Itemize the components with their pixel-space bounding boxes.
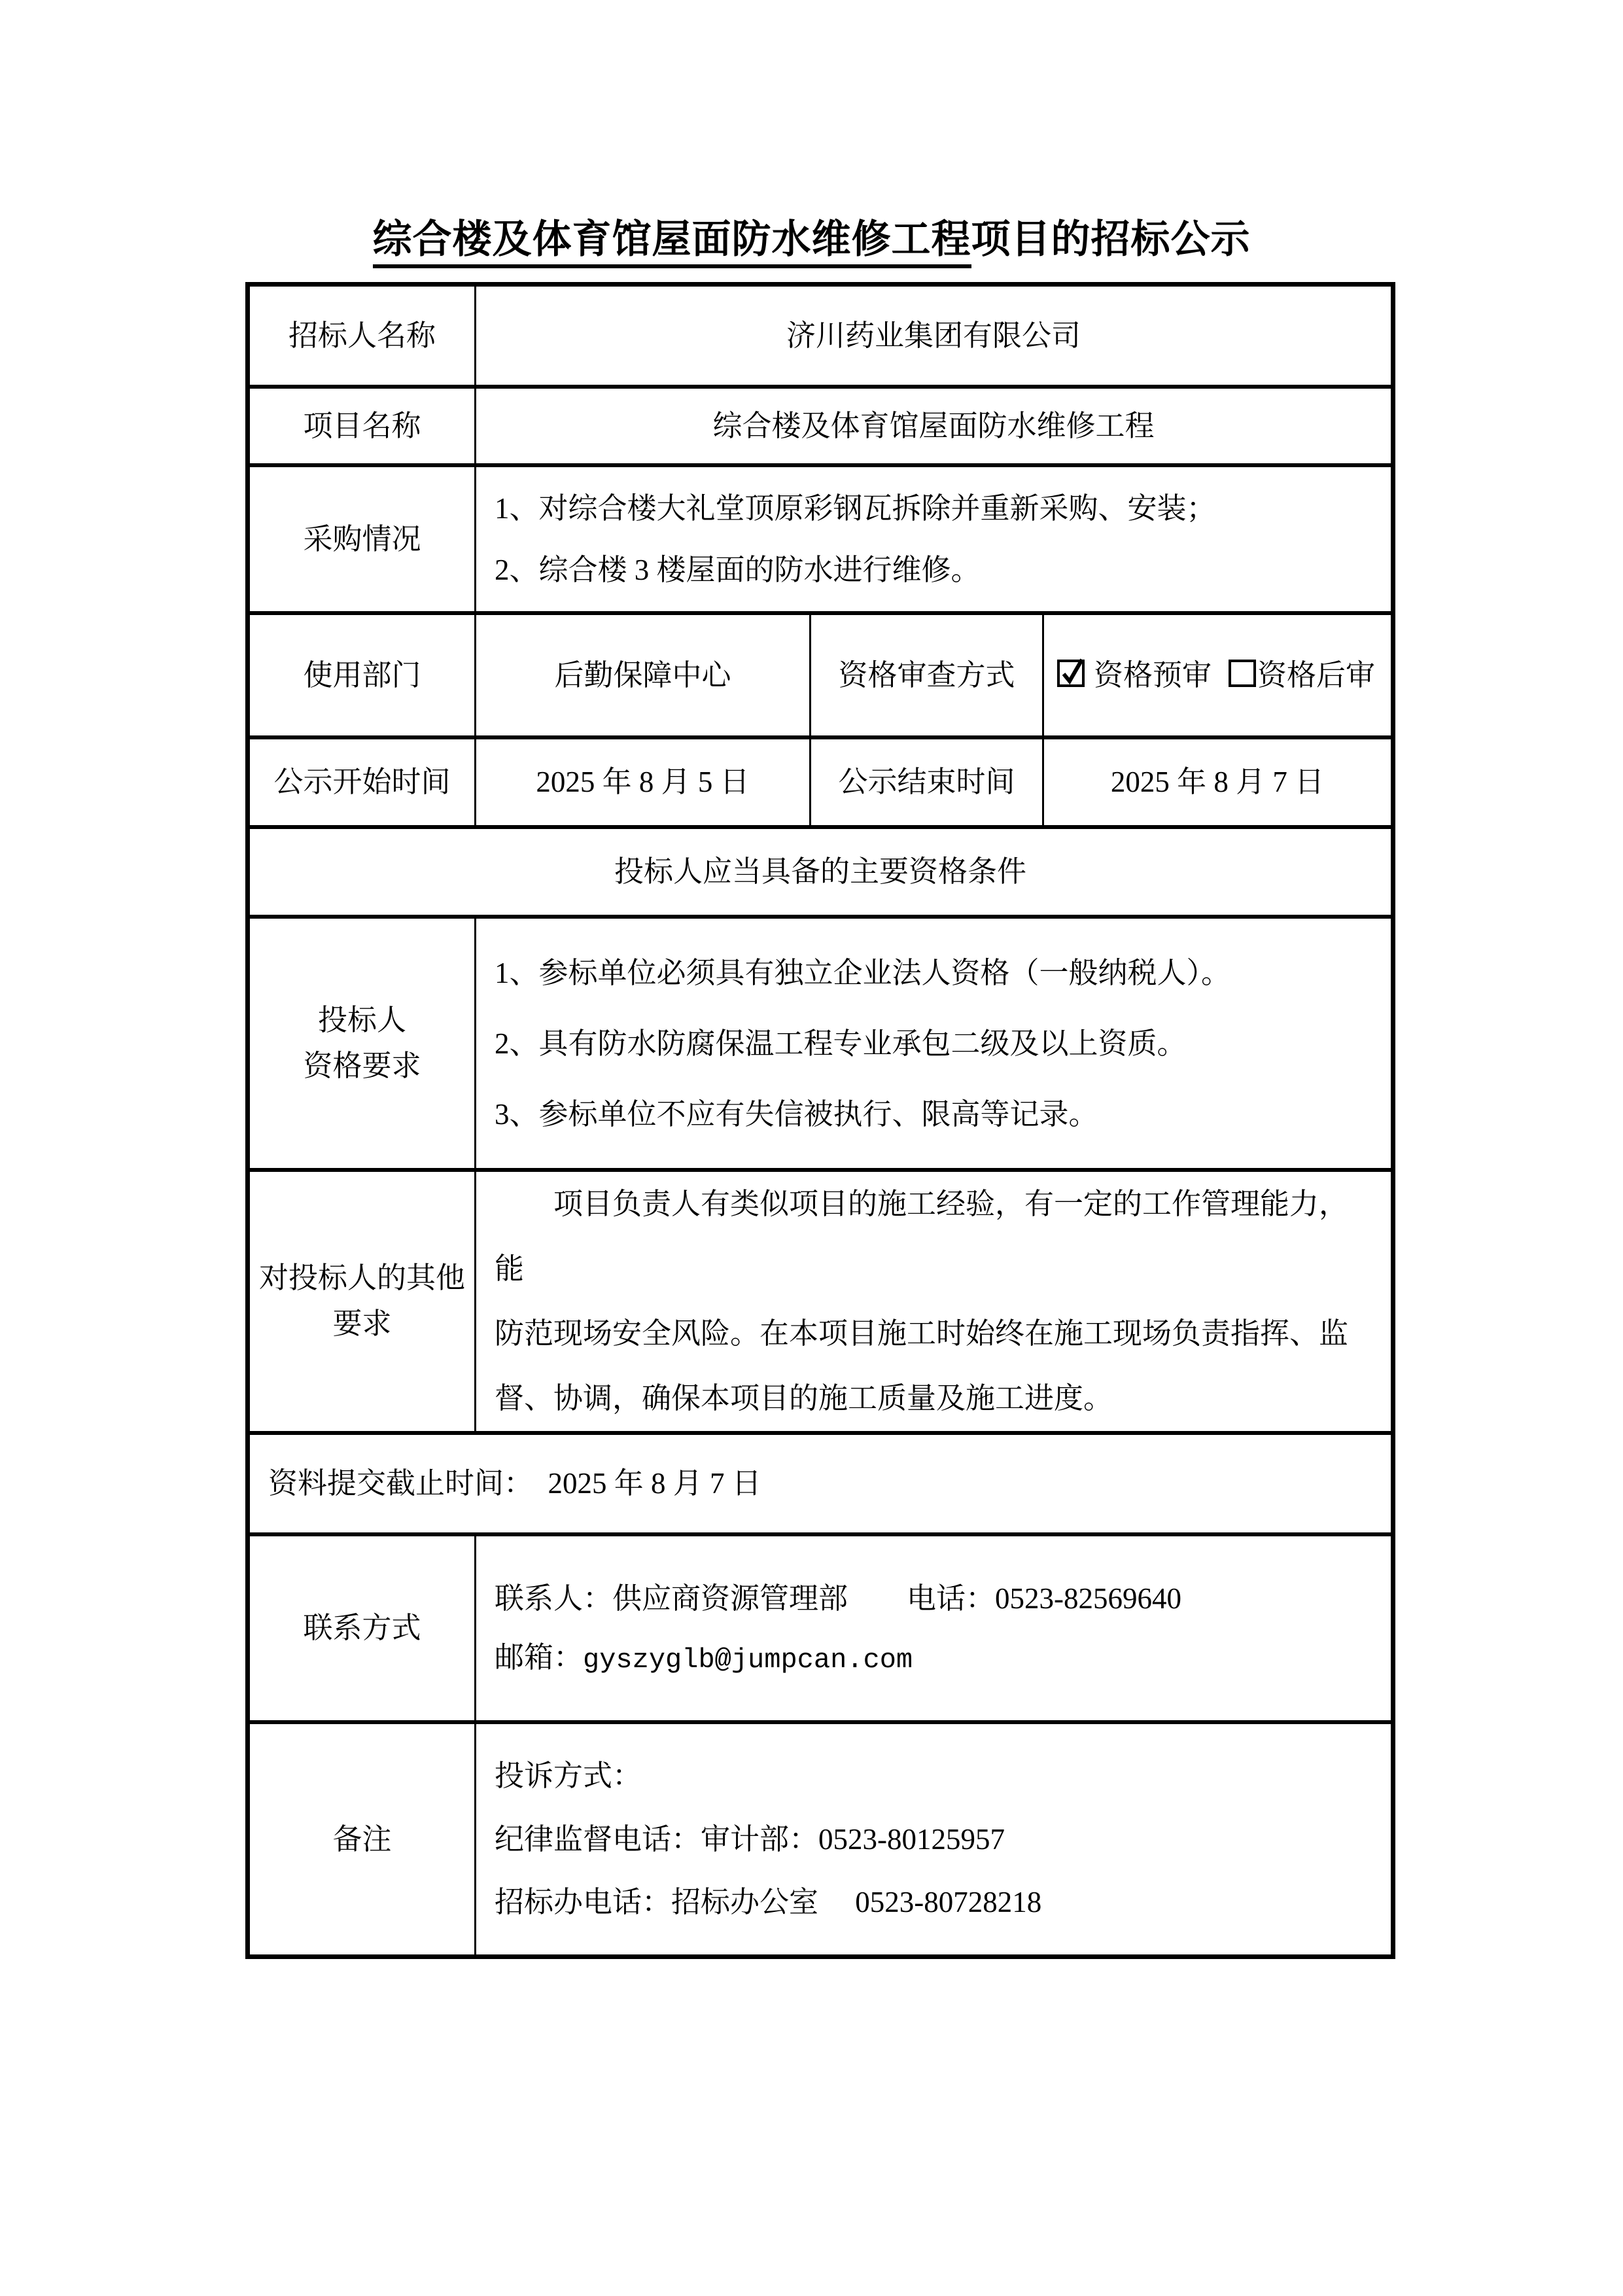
other-requirements-label: 对投标人的其他 要求	[248, 1170, 476, 1433]
bidder-qualification-line-2: 2、具有防水防腐保温工程专业承包二级及以上资质。	[495, 1008, 1376, 1079]
remarks-label: 备注	[248, 1722, 476, 1957]
qualification-section-header: 投标人应当具备的主要资格条件	[248, 827, 1393, 917]
using-department-label: 使用部门	[248, 613, 476, 737]
document-page: 综合楼及体育馆屋面防水维修工程项目的招标公示 招标人名称 济川药业集团有限公司 …	[0, 0, 1623, 2296]
project-name-value: 综合楼及体育馆屋面防水维修工程	[476, 387, 1393, 465]
bidder-qualification-label-line-2: 资格要求	[250, 1044, 474, 1089]
procurement-label: 采购情况	[248, 465, 476, 613]
title-rest-text: 项目的招标公示	[971, 218, 1251, 261]
row-submission-deadline: 资料提交截止时间： 2025 年 8 月 7 日	[248, 1433, 1393, 1534]
bidder-name-value: 济川药业集团有限公司	[476, 285, 1393, 387]
other-requirements-line-2: 防范现场安全风险。在本项目施工时始终在施工现场负责指挥、监	[495, 1301, 1376, 1366]
checkbox-checked-icon	[1057, 660, 1085, 687]
title-underlined-text: 综合楼及体育馆屋面防水维修工程	[373, 218, 971, 268]
contact-label: 联系方式	[248, 1534, 476, 1722]
row-remarks: 备注 投诉方式： 纪律监督电话：审计部：0523-80125957 招标办电话：…	[248, 1722, 1393, 1957]
project-name-label: 项目名称	[248, 387, 476, 465]
row-project-name: 项目名称 综合楼及体育馆屋面防水维修工程	[248, 387, 1393, 465]
using-department-value: 后勤保障中心	[476, 613, 811, 737]
row-procurement: 采购情况 1、对综合楼大礼堂顶原彩钢瓦拆除并重新采购、安装； 2、综合楼 3 楼…	[248, 465, 1393, 613]
check-icon	[1060, 654, 1084, 686]
publicity-start-value: 2025 年 8 月 5 日	[476, 737, 811, 827]
checkbox-unchecked-icon	[1229, 660, 1256, 687]
procurement-line-1: 1、对综合楼大礼堂顶原彩钢瓦拆除并重新采购、安装；	[495, 478, 1376, 540]
announcement-table: 招标人名称 济川药业集团有限公司 项目名称 综合楼及体育馆屋面防水维修工程 采购…	[245, 282, 1395, 1959]
option-post-review-label: 资格后审	[1257, 659, 1375, 692]
row-publicity-dates: 公示开始时间 2025 年 8 月 5 日 公示结束时间 2025 年 8 月 …	[248, 737, 1393, 827]
remarks-line-2: 纪律监督电话：审计部：0523-80125957	[495, 1808, 1376, 1871]
contact-email-label: 邮箱：	[495, 1641, 583, 1674]
submission-deadline-line: 资料提交截止时间： 2025 年 8 月 7 日	[268, 1464, 1376, 1503]
other-requirements-value: 项目负责人有类似项目的施工经验，有一定的工作管理能力，能 防范现场安全风险。在本…	[476, 1170, 1393, 1433]
other-requirements-label-line-2: 要求	[250, 1301, 474, 1347]
bidder-qualification-label: 投标人 资格要求	[248, 917, 476, 1170]
procurement-line-2: 2、综合楼 3 楼屋面的防水进行维修。	[495, 539, 1376, 601]
publicity-end-value: 2025 年 8 月 7 日	[1043, 737, 1393, 827]
remarks-line-1: 投诉方式：	[495, 1744, 1376, 1808]
row-bidder-qualification: 投标人 资格要求 1、参标单位必须具有独立企业法人资格（一般纳税人）。 2、具有…	[248, 917, 1393, 1170]
bidder-name-label: 招标人名称	[248, 285, 476, 387]
other-requirements-line-3: 督、协调，确保本项目的施工质量及施工进度。	[495, 1366, 1376, 1431]
publicity-start-label: 公示开始时间	[248, 737, 476, 827]
qualification-review-options: 资格预审资格后审	[1043, 613, 1393, 737]
contact-line-1: 联系人：供应商资源管理部 电话：0523-82569640	[495, 1569, 1376, 1628]
contact-line-2: 邮箱：gyszyglb@jumpcan.com	[495, 1628, 1376, 1687]
remarks-value: 投诉方式： 纪律监督电话：审计部：0523-80125957 招标办电话：招标办…	[476, 1722, 1393, 1957]
remarks-line-3: 招标办电话：招标办公室 0523-80728218	[495, 1871, 1376, 1934]
row-bidder-name: 招标人名称 济川药业集团有限公司	[248, 285, 1393, 387]
qualification-review-label: 资格审查方式	[811, 613, 1043, 737]
option-pre-review-label: 资格预审	[1094, 659, 1212, 692]
row-other-requirements: 对投标人的其他 要求 项目负责人有类似项目的施工经验，有一定的工作管理能力，能 …	[248, 1170, 1393, 1433]
procurement-value: 1、对综合楼大礼堂顶原彩钢瓦拆除并重新采购、安装； 2、综合楼 3 楼屋面的防水…	[476, 465, 1393, 613]
bidder-qualification-line-1: 1、参标单位必须具有独立企业法人资格（一般纳税人）。	[495, 938, 1376, 1008]
submission-deadline-text: 资料提交截止时间： 2025 年 8 月 7 日	[248, 1433, 1393, 1534]
row-contact: 联系方式 联系人：供应商资源管理部 电话：0523-82569640 邮箱：gy…	[248, 1534, 1393, 1722]
other-requirements-line-1: 项目负责人有类似项目的施工经验，有一定的工作管理能力，能	[495, 1172, 1376, 1301]
page-title: 综合楼及体育馆屋面防水维修工程项目的招标公示	[0, 217, 1623, 262]
row-qualification-section-header: 投标人应当具备的主要资格条件	[248, 827, 1393, 917]
other-requirements-label-line-1: 对投标人的其他	[250, 1256, 474, 1301]
bidder-qualification-line-3: 3、参标单位不应有失信被执行、限高等记录。	[495, 1079, 1376, 1150]
contact-value: 联系人：供应商资源管理部 电话：0523-82569640 邮箱：gyszygl…	[476, 1534, 1393, 1722]
bidder-qualification-value: 1、参标单位必须具有独立企业法人资格（一般纳税人）。 2、具有防水防腐保温工程专…	[476, 917, 1393, 1170]
bidder-qualification-label-line-1: 投标人	[250, 998, 474, 1044]
row-department-qualification-method: 使用部门 后勤保障中心 资格审查方式 资格预审资格后审	[248, 613, 1393, 737]
contact-email-value: gyszyglb@jumpcan.com	[583, 1644, 913, 1676]
publicity-end-label: 公示结束时间	[811, 737, 1043, 827]
